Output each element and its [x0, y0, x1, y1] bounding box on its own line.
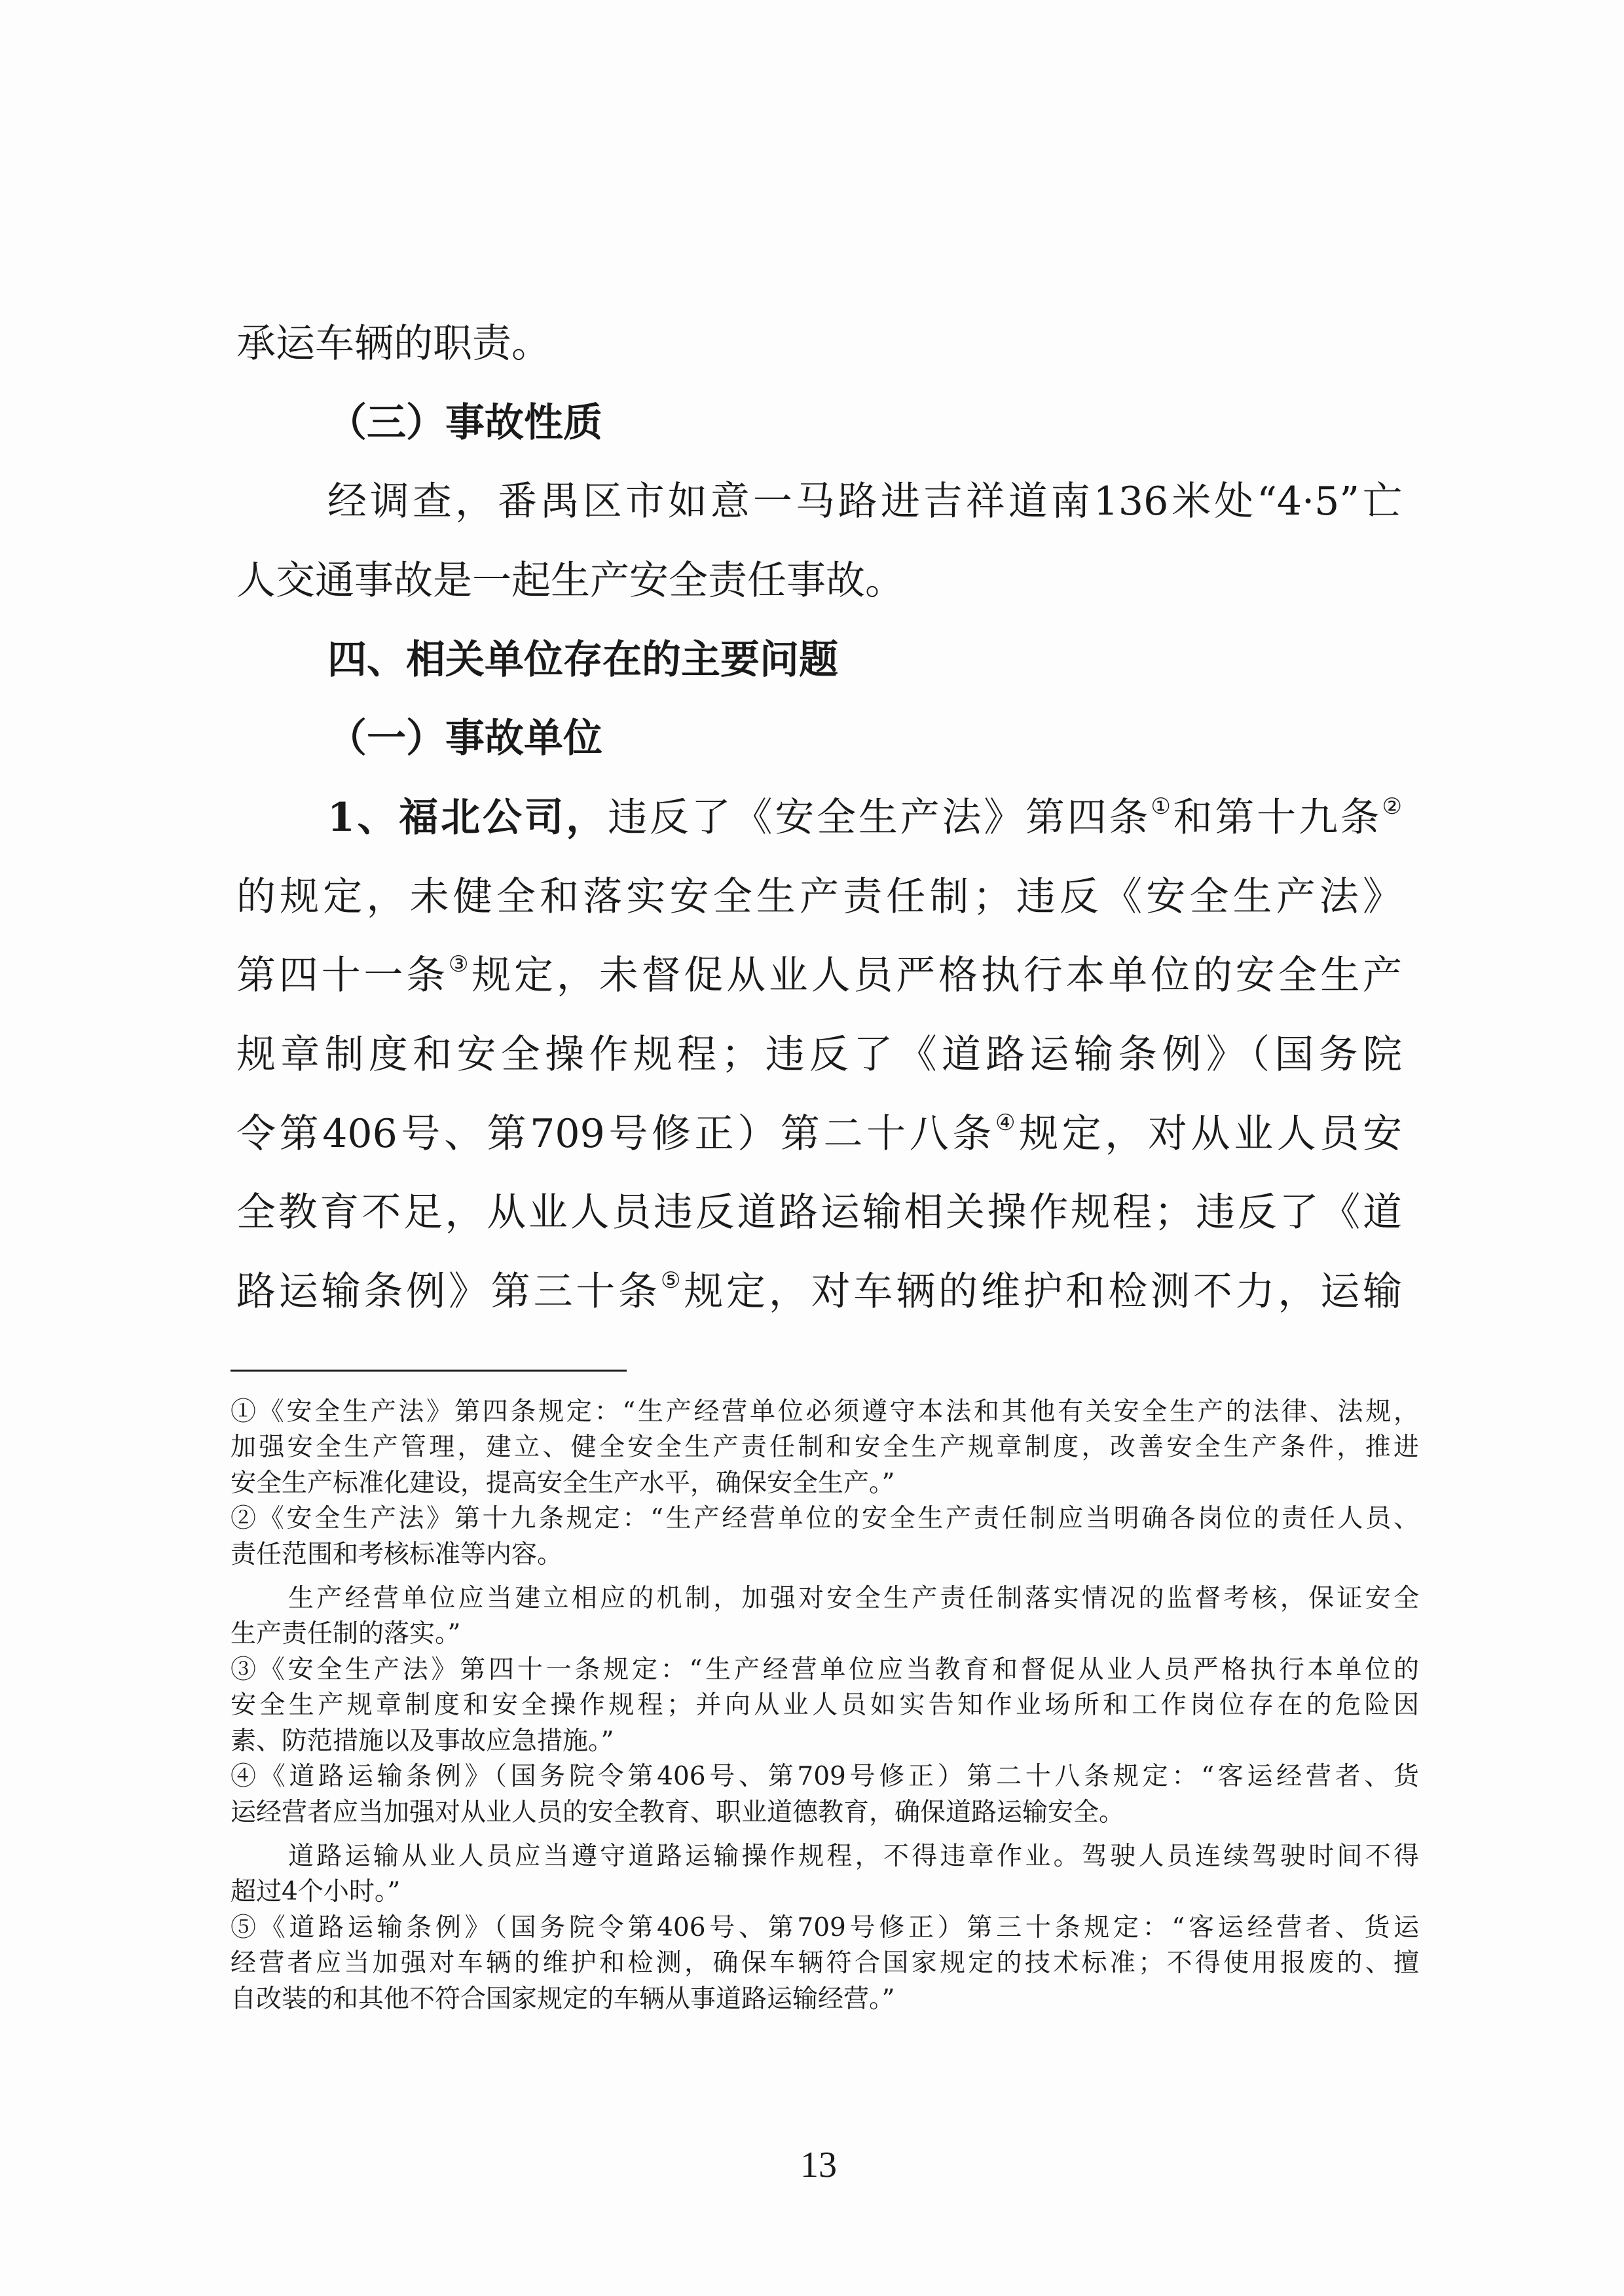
footnote-5-line-3: 自改装的和其他不符合国家规定的车辆从事道路运输经营。”	[231, 1983, 895, 2016]
footnote-2-line-4: 生产责任制的落实。”	[231, 1618, 460, 1650]
section-heading-accident-nature: （三）事故性质	[327, 397, 602, 449]
footnote-1-line-2: 加强安全生产管理，建立、健全安全生产责任制和安全生产规章制度，改善安全生产条件，…	[231, 1431, 1419, 1464]
body-line-3: 经调查，番禺区市如意一马路进吉祥道南136米处“4·5”亡	[327, 475, 1402, 528]
page-number: 13	[779, 2145, 858, 2185]
footnote-3-line-2: 安全生产规章制度和安全操作规程；并向从业人员如实告知作业场所和工作岗位存在的危险…	[231, 1689, 1419, 1722]
body-line-8: 的规定，未健全和落实安全生产责任制；违反《安全生产法》	[236, 871, 1402, 923]
body-line-9: 第四十一条③规定，未督促从业人员严格执行本单位的安全生产	[236, 949, 1402, 1002]
body-line-7: 1、福北公司，违反了《安全生产法》第四条①和第十九条②	[327, 792, 1402, 844]
section-heading-accident-unit: （一）事故单位	[327, 712, 602, 765]
body-line-11: 令第406号、第709号修正）第二十八条④规定，对从业人员安	[236, 1108, 1402, 1160]
body-line-4: 人交通事故是一起生产安全责任事故。	[236, 555, 904, 607]
line-text: 第四十一条	[236, 953, 449, 998]
footnote-ref-1[interactable]: ①	[1151, 793, 1173, 820]
chapter-heading-main-problems: 四、相关单位存在的主要问题	[327, 634, 838, 686]
footnote-5-line-2: 经营者应当加强对车辆的维护和检测，确保车辆符合国家规定的技术标准；不得使用报废的…	[231, 1947, 1419, 1980]
body-line-10: 规章制度和安全操作规程；违反了《道路运输条例》（国务院	[236, 1029, 1402, 1081]
company-name-lead: 1、福北公司，	[327, 795, 608, 841]
footnote-1-line-1: ①《安全生产法》第四条规定：“生产经营单位必须遵守本法和其他有关安全生产的法律、…	[231, 1396, 1419, 1429]
line-text: 和第十九条	[1173, 795, 1382, 841]
line-text: 规定，对车辆的维护和检测不力，运输	[684, 1269, 1402, 1315]
footnote-1-line-3: 安全生产标准化建设，提高安全生产水平，确保安全生产。”	[231, 1467, 895, 1500]
line-text: 规定，未督促从业人员严格执行本单位的安全生产	[471, 953, 1402, 998]
line-text: 路运输条例》第三十条	[236, 1269, 661, 1315]
footnote-5-line-1: ⑤《道路运输条例》（国务院令第406号、第709号修正）第三十条规定：“客运经营…	[231, 1912, 1419, 1944]
body-line-1: 承运车辆的职责。	[236, 318, 551, 370]
footnote-ref-5[interactable]: ⑤	[661, 1267, 684, 1294]
body-line-12: 全教育不足，从业人员违反道路运输相关操作规程；违反了《道	[236, 1186, 1402, 1239]
line-text: 违反了《安全生产法》第四条	[608, 795, 1151, 841]
line-text: 令第406号、第709号修正）第二十八条	[236, 1111, 995, 1157]
document-page: 承运车辆的职责。 （三）事故性质 经调查，番禺区市如意一马路进吉祥道南136米处…	[0, 0, 1624, 2296]
footnote-2-line-3: 生产经营单位应当建立相应的机制，加强对安全生产责任制落实情况的监督考核，保证安全	[288, 1582, 1419, 1615]
body-line-13: 路运输条例》第三十条⑤规定，对车辆的维护和检测不力，运输	[236, 1266, 1402, 1318]
footnote-2-line-2: 责任范围和考核标准等内容。	[231, 1539, 563, 1571]
line-text: 规定，对从业人员安	[1019, 1111, 1402, 1157]
footnote-ref-2[interactable]: ②	[1382, 793, 1402, 820]
footnote-2-line-1: ②《安全生产法》第十九条规定：“生产经营单位的安全生产责任制应当明确各岗位的责任…	[231, 1503, 1419, 1535]
footnote-3-line-3: 素、防范措施以及事故应急措施。”	[231, 1725, 614, 1758]
footnote-4-line-2: 运经营者应当加强对从业人员的安全教育、职业道德教育，确保道路运输安全。	[231, 1796, 1124, 1829]
footnote-ref-3[interactable]: ③	[449, 951, 471, 977]
footnote-ref-4[interactable]: ④	[995, 1110, 1019, 1136]
footnote-3-line-1: ③《安全生产法》第四十一条规定：“生产经营单位应当教育和督促从业人员严格执行本单…	[231, 1654, 1419, 1686]
footnote-4-line-3: 道路运输从业人员应当遵守道路运输操作规程，不得违章作业。驾驶人员连续驾驶时间不得	[288, 1840, 1419, 1873]
footnote-separator	[231, 1370, 627, 1372]
footnote-4-line-4: 超过4个小时。”	[231, 1876, 400, 1908]
footnote-4-line-1: ④《道路运输条例》（国务院令第406号、第709号修正）第二十八条规定：“客运经…	[231, 1760, 1419, 1793]
